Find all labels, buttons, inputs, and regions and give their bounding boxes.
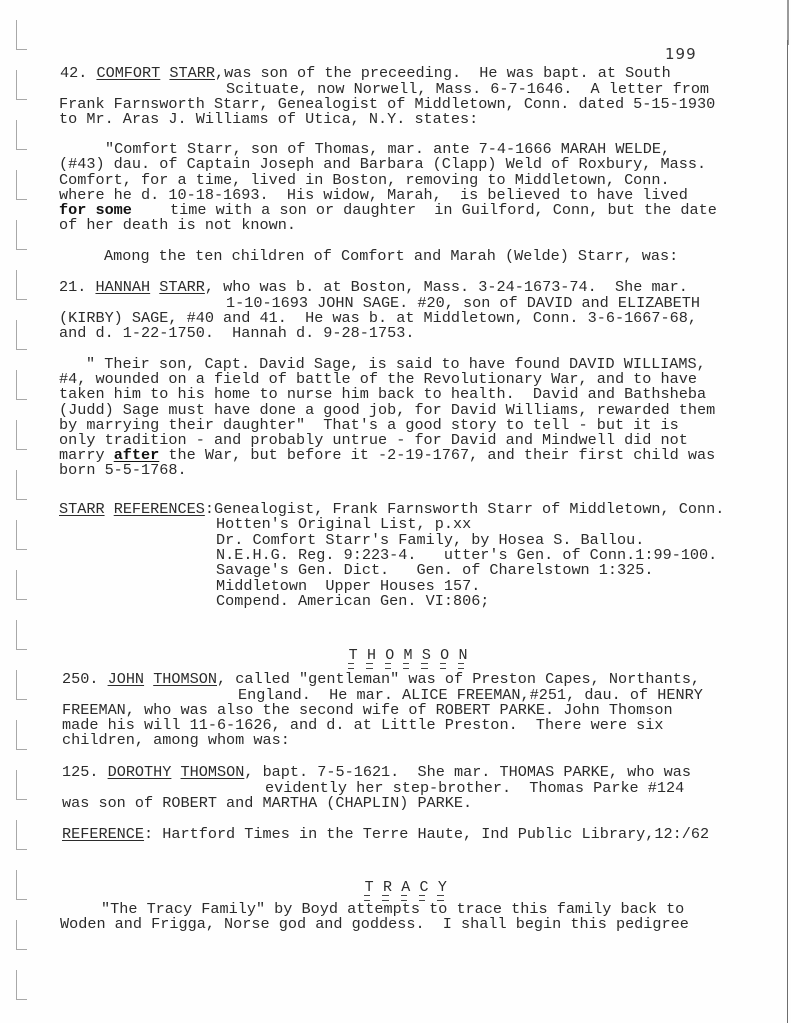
person-first-name: COMFORT: [96, 64, 160, 82]
reference-label: REFERENCE: [62, 825, 144, 843]
person-surname: STARR: [169, 64, 215, 82]
text-line: Woden and Frigga, Norse god and goddess.…: [60, 917, 689, 932]
reference-item: Compend. American Gen. VI:806;: [216, 594, 489, 609]
text-line: was son of ROBERT and MARTHA (CHAPLIN) P…: [62, 796, 472, 811]
margin-bracket: [16, 70, 27, 100]
heading-letter: M: [399, 648, 417, 663]
page-number: 199: [665, 45, 697, 63]
person-surname: THOMSON: [181, 763, 245, 781]
entry-number: 42.: [60, 64, 87, 82]
margin-bracket: [16, 570, 27, 600]
heading-letter: O: [381, 648, 399, 663]
margin-bracket: [16, 470, 27, 500]
margin-bracket: [16, 620, 27, 650]
margin-bracket: [16, 870, 27, 900]
entry-heading-line: 42. COMFORT STARR,was son of the preceed…: [60, 66, 671, 81]
story-line: born 5-5-1768.: [59, 463, 187, 478]
heading-letter: N: [454, 648, 472, 663]
text-line: children, among whom was:: [62, 733, 290, 748]
heading-letter: C: [415, 880, 433, 895]
margin-bracket: [16, 820, 27, 850]
quote-line: of her death is not known.: [59, 218, 296, 233]
reference-text: : Hartford Times in the Terre Haute, Ind…: [144, 825, 709, 843]
person-first-name: HANNAH: [95, 278, 150, 296]
references-label: REFERENCES: [114, 500, 205, 518]
entry-heading-line: 250. JOHN THOMSON, called "gentleman" wa…: [62, 672, 700, 687]
margin-bracket: [16, 970, 27, 1000]
heading-letter: A: [397, 880, 415, 895]
text-line: and d. 1-22-1750. Hannah d. 9-28-1753.: [59, 326, 414, 341]
story-text: the War, but before it -2-19-1767, and t…: [159, 446, 715, 464]
person-first-name: DOROTHY: [108, 763, 172, 781]
margin-bracket: [16, 770, 27, 800]
margin-bracket: [16, 320, 27, 350]
entry-number: 250.: [62, 670, 98, 688]
entry-number: 125.: [62, 763, 98, 781]
margin-bracket: [16, 20, 27, 50]
heading-letter: H: [362, 648, 380, 663]
margin-bracket: [16, 370, 27, 400]
person-surname: STARR: [159, 278, 205, 296]
entry-heading-line: 21. HANNAH STARR, who was b. at Boston, …: [59, 280, 688, 295]
reference-item: Hotten's Original List, p.xx: [216, 517, 471, 532]
heading-letter: T: [360, 880, 378, 895]
heading-letter: T: [344, 648, 362, 663]
margin-bracket: [16, 270, 27, 300]
heading-letter: R: [378, 880, 396, 895]
margin-bracket: [16, 170, 27, 200]
margin-bracket: [16, 420, 27, 450]
person-surname: THOMSON: [153, 670, 217, 688]
reference-line: REFERENCE: Hartford Times in the Terre H…: [62, 827, 709, 842]
margin-bracket: [16, 670, 27, 700]
margin-bracket: [16, 720, 27, 750]
margin-bracket: [16, 120, 27, 150]
typed-genealogy-page: 199 42. COMFORT STARR,was son of the pre…: [0, 0, 791, 1023]
children-intro: Among the ten children of Comfort and Ma…: [104, 249, 678, 264]
heading-letter: S: [417, 648, 435, 663]
page-edge-shadow: [787, 0, 789, 45]
page-edge: [787, 40, 788, 1023]
references-label: STARR: [59, 500, 105, 518]
text-line: to Mr. Aras J. Williams of Utica, N.Y. s…: [59, 112, 478, 127]
margin-bracket: [16, 920, 27, 950]
heading-letter: O: [436, 648, 454, 663]
heading-letter: Y: [433, 880, 451, 895]
margin-bracket: [16, 220, 27, 250]
entry-number: 21.: [59, 278, 86, 296]
reference-item: Savage's Gen. Dict. Gen. of Charelstown …: [216, 563, 653, 578]
story-line: taken him to his home to nurse him back …: [59, 387, 706, 402]
person-first-name: JOHN: [108, 670, 144, 688]
margin-bracket: [16, 520, 27, 550]
entry-heading-line: 125. DOROTHY THOMSON, bapt. 7-5-1621. Sh…: [62, 765, 691, 780]
quote-line: (#43) dau. of Captain Joseph and Barbara…: [59, 157, 706, 172]
